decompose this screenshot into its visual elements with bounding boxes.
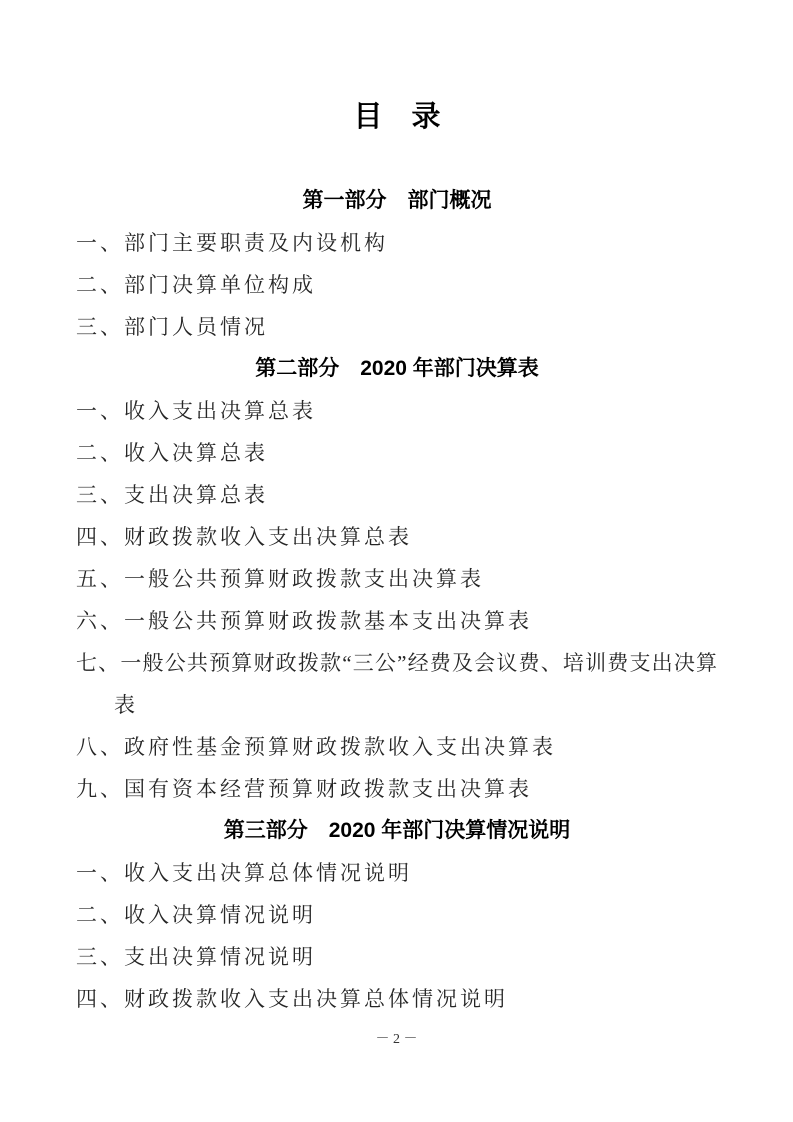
- toc-item: 四、财政拨款收入支出决算总体情况说明: [76, 978, 718, 1020]
- table-of-contents: 目 录 第一部分 部门概况 一、部门主要职责及内设机构 二、部门决算单位构成 三…: [76, 96, 718, 1020]
- toc-item: 八、政府性基金预算财政拨款收入支出决算表: [76, 726, 718, 768]
- toc-item: 一、收入支出决算总体情况说明: [76, 852, 718, 894]
- toc-item: 四、财政拨款收入支出决算总表: [76, 516, 718, 558]
- toc-item: 一、部门主要职责及内设机构: [76, 222, 718, 264]
- toc-item: 六、一般公共预算财政拨款基本支出决算表: [76, 600, 718, 642]
- toc-item: 一、收入支出决算总表: [76, 390, 718, 432]
- toc-item: 二、收入决算情况说明: [76, 894, 718, 936]
- toc-item: 二、收入决算总表: [76, 432, 718, 474]
- toc-item: 三、部门人员情况: [76, 306, 718, 348]
- section-heading-part1: 第一部分 部门概况: [76, 180, 718, 222]
- toc-item: 三、支出决算总表: [76, 474, 718, 516]
- page-number: － 2 －: [0, 1030, 793, 1050]
- toc-item: 九、国有资本经营预算财政拨款支出决算表: [76, 768, 718, 810]
- section-heading-part3: 第三部分 2020 年部门决算情况说明: [76, 810, 718, 852]
- toc-item: 七、一般公共预算财政拨款“三公”经费及会议费、培训费支出决算表: [76, 642, 718, 726]
- toc-item: 三、支出决算情况说明: [76, 936, 718, 978]
- toc-item: 二、部门决算单位构成: [76, 264, 718, 306]
- page-title: 目 录: [76, 96, 718, 138]
- toc-item: 五、一般公共预算财政拨款支出决算表: [76, 558, 718, 600]
- document-page: 目 录 第一部分 部门概况 一、部门主要职责及内设机构 二、部门决算单位构成 三…: [0, 0, 793, 1122]
- section-heading-part2: 第二部分 2020 年部门决算表: [76, 348, 718, 390]
